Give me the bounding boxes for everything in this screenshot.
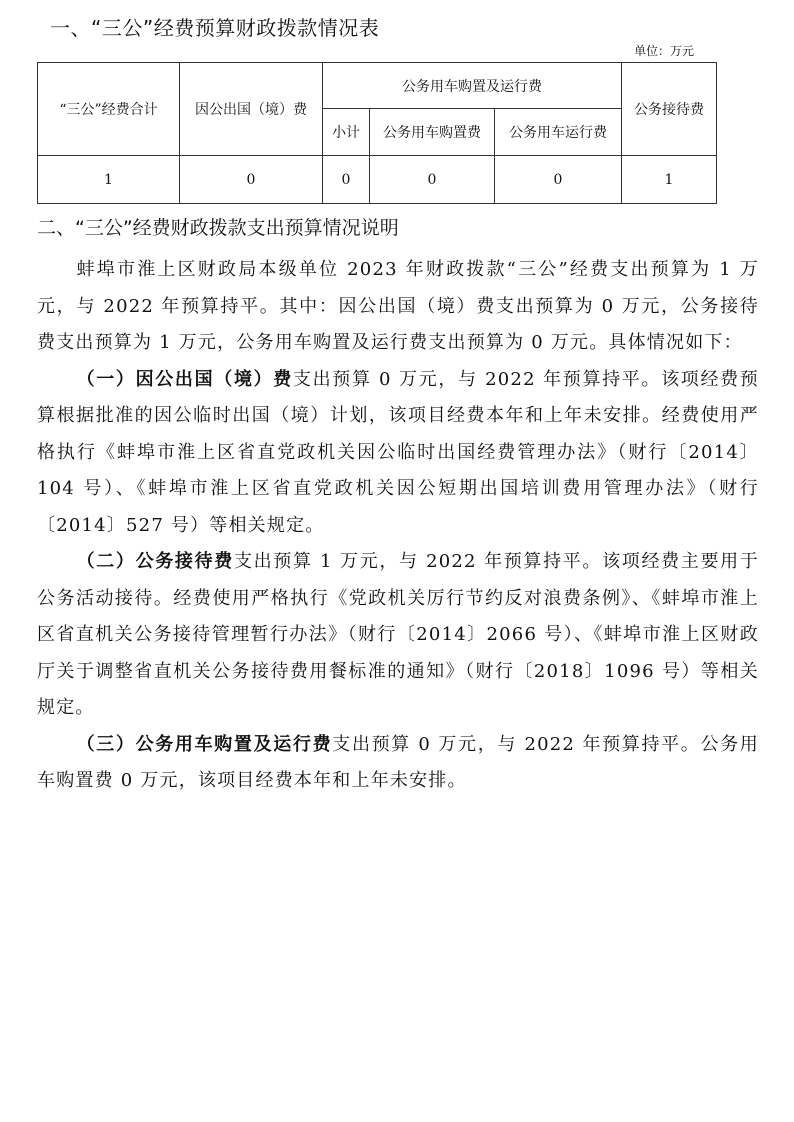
header-reception: 公务接待费 bbox=[622, 63, 717, 156]
item-text: 支出预算 1 万元，与 2022 年预算持平。该项经费主要用于公务活动接待。经费… bbox=[37, 551, 759, 718]
value-vehicle-purchase: 0 bbox=[370, 156, 495, 204]
table-row: 1 0 0 0 0 1 bbox=[38, 156, 717, 204]
item-text: 支出预算 0 万元，与 2022 年预算持平。该项经费预算根据批准的因公临时出国… bbox=[37, 369, 759, 536]
item-heading: （二）公务接待费 bbox=[77, 551, 234, 572]
value-vehicle-operation: 0 bbox=[495, 156, 622, 204]
section1-title: 一、“三公”经费预算财政拨款情况表 bbox=[50, 12, 379, 41]
item-heading: （三）公务用车购置及运行费 bbox=[77, 734, 333, 755]
header-vehicle-purchase: 公务用车购置费 bbox=[370, 109, 495, 156]
unit-label: 单位：万元 bbox=[634, 42, 694, 59]
intro-paragraph: 蚌埠市淮上区财政局本级单位 2023 年财政拨款“三公”经费支出预算为 1 万元… bbox=[37, 252, 759, 362]
item-heading: （一）因公出国（境）费 bbox=[77, 369, 293, 390]
section2-title: 二、“三公”经费财政拨款支出预算情况说明 bbox=[37, 213, 399, 240]
header-vehicle-group: 公务用车购置及运行费 bbox=[323, 63, 622, 109]
value-reception: 1 bbox=[622, 156, 717, 204]
item-abroad: （一）因公出国（境）费支出预算 0 万元，与 2022 年预算持平。该项经费预算… bbox=[37, 362, 759, 545]
value-subtotal: 0 bbox=[323, 156, 370, 204]
header-total: “三公”经费合计 bbox=[38, 63, 180, 156]
item-reception: （二）公务接待费支出预算 1 万元，与 2022 年预算持平。该项经费主要用于公… bbox=[37, 544, 759, 727]
header-subtotal: 小计 bbox=[323, 109, 370, 156]
header-vehicle-operation: 公务用车运行费 bbox=[495, 109, 622, 156]
item-vehicle: （三）公务用车购置及运行费支出预算 0 万元，与 2022 年预算持平。公务用车… bbox=[37, 727, 759, 800]
section2-body: 蚌埠市淮上区财政局本级单位 2023 年财政拨款“三公”经费支出预算为 1 万元… bbox=[37, 252, 759, 800]
value-abroad: 0 bbox=[180, 156, 323, 204]
three-public-budget-table: “三公”经费合计 因公出国（境）费 公务用车购置及运行费 公务接待费 小计 公务… bbox=[37, 62, 717, 204]
value-total: 1 bbox=[38, 156, 180, 204]
header-abroad: 因公出国（境）费 bbox=[180, 63, 323, 156]
